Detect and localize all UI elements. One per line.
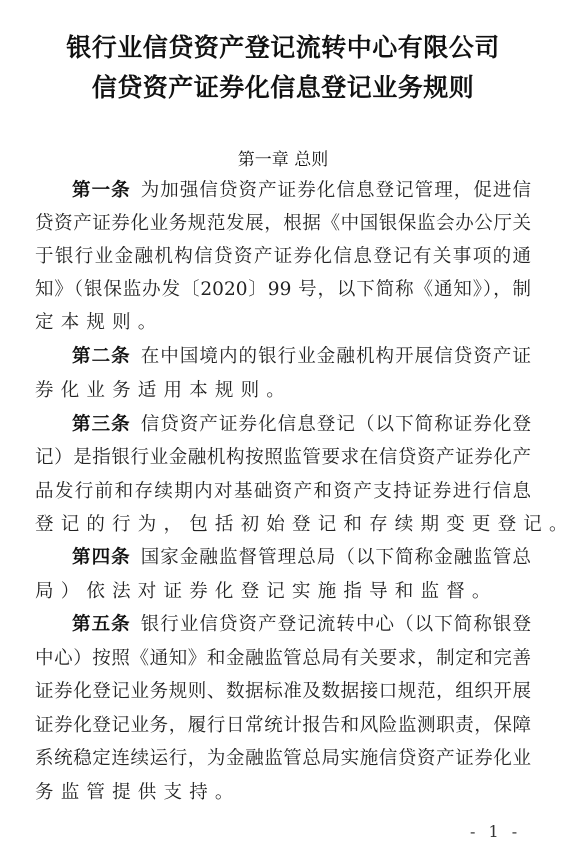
article-4-line-1: 第四条国家金融监督管理总局（以下简称金融监管总 xyxy=(72,543,531,569)
article-5-line-2: 中心）按照《通知》和金融监管总局有关要求，制定和完善 xyxy=(35,644,531,670)
article-1-line-3: 于银行业金融机构信贷资产证券化信息登记有关事项的通 xyxy=(35,242,531,268)
document-title-line-2: 信贷资产证券化信息登记业务规则 xyxy=(0,68,566,104)
document-title-line-1: 银行业信贷资产登记流转中心有限公司 xyxy=(0,28,566,64)
article-2-line-1: 第二条在中国境内的银行业金融机构开展信贷资产证 xyxy=(72,342,531,368)
article-5-line-3: 证券化登记业务规则、数据标准及数据接口规范，组织开展 xyxy=(35,677,531,703)
article-3-line-4: 登记的行为，包括初始登记和存续期变更登记。 xyxy=(35,510,531,536)
article-4-label: 第四条 xyxy=(72,547,131,568)
article-5-line-1: 第五条银行业信贷资产登记流转中心（以下简称银登 xyxy=(72,610,531,636)
article-1-line-1: 第一条为加强信贷资产证券化信息登记管理，促进信 xyxy=(72,176,531,202)
article-1-line-5: 定本规则。 xyxy=(35,308,531,334)
article-1-line-2: 贷资产证券化业务规范发展，根据《中国银保监会办公厅关 xyxy=(35,209,531,235)
article-3-label: 第三条 xyxy=(72,414,131,435)
article-4-line-2: 局）依法对证券化登记实施指导和监督。 xyxy=(35,577,531,603)
article-1-line-4: 知》（银保监办发〔2020〕99 号，以下简称《通知》），制 xyxy=(35,275,531,301)
article-3-line-2: 记）是指银行业金融机构按照监管要求在信贷资产证券化产 xyxy=(35,443,531,469)
page-number: - 1 - xyxy=(470,822,521,841)
article-3-line-3: 品发行前和存续期内对基础资产和资产支持证券进行信息 xyxy=(35,477,531,503)
article-5-line-5: 系统稳定连续运行，为金融监管总局实施信贷资产证券化业 xyxy=(35,744,531,770)
article-5-line-4: 证券化登记业务，履行日常统计报告和风险监测职责，保障 xyxy=(35,711,531,737)
article-5-line-6: 务监管提供支持。 xyxy=(35,778,531,804)
chapter-heading: 第一章 总则 xyxy=(0,145,566,170)
article-2-label: 第二条 xyxy=(72,346,131,367)
article-5-label: 第五条 xyxy=(72,614,131,635)
article-1-label: 第一条 xyxy=(72,180,131,201)
article-3-line-1: 第三条信贷资产证券化信息登记（以下简称证券化登 xyxy=(72,410,531,436)
article-2-line-2: 券化业务适用本规则。 xyxy=(35,376,531,402)
